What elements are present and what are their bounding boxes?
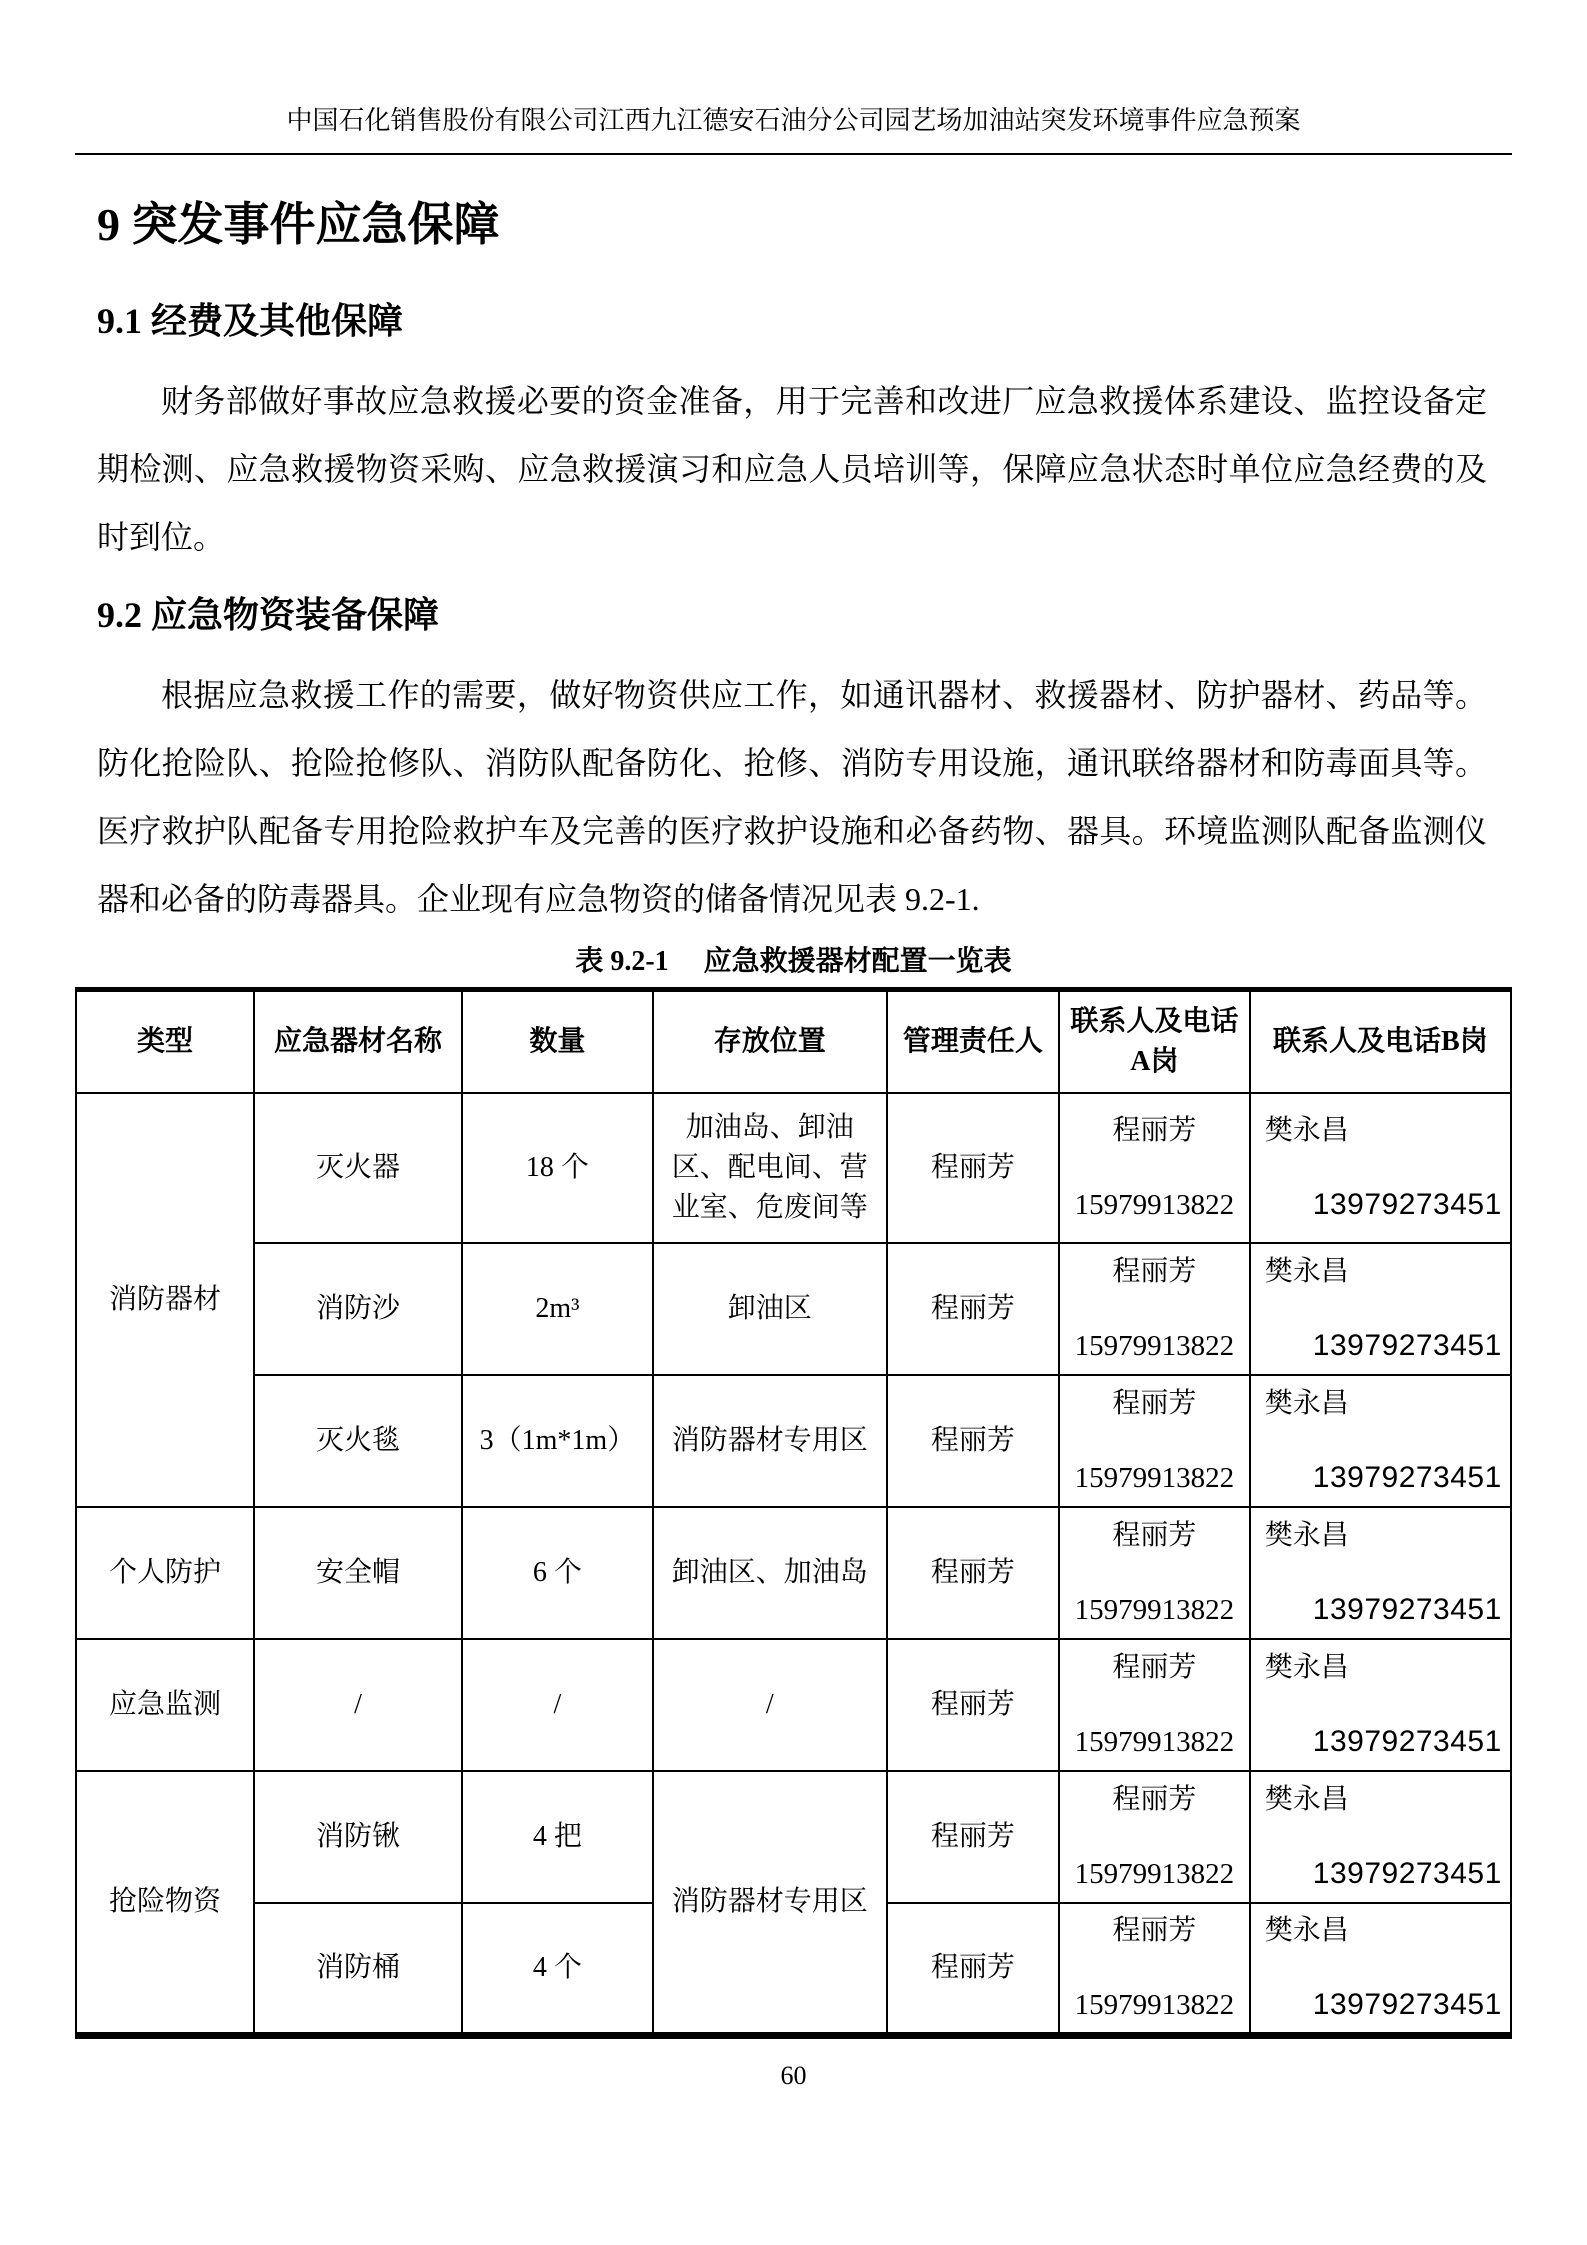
cell-name: 消防沙 bbox=[254, 1243, 462, 1375]
cell-contact-b: 樊永昌 13979273451 bbox=[1250, 1903, 1511, 2035]
cell-location: 消防器材专用区 bbox=[653, 1375, 887, 1507]
contact-b-phone: 13979273451 bbox=[1313, 1722, 1502, 1762]
contact-b-name: 樊永昌 bbox=[1265, 1111, 1349, 1151]
cell-name: 安全帽 bbox=[254, 1507, 462, 1639]
paragraph-9-2: 根据应急救援工作的需要，做好物资供应工作，如通讯器材、救援器材、防护器材、药品等… bbox=[97, 661, 1487, 933]
cell-manager: 程丽芳 bbox=[887, 1771, 1059, 1903]
table-row: 灭火毯 3（1m*1m） 消防器材专用区 程丽芳 程丽芳 15979913822… bbox=[76, 1375, 1511, 1507]
col-header-contact-b: 联系人及电话B岗 bbox=[1250, 990, 1511, 1094]
col-header-type: 类型 bbox=[76, 990, 254, 1094]
col-header-location: 存放位置 bbox=[653, 990, 887, 1094]
contact-a-phone: 15979913822 bbox=[1075, 1458, 1235, 1498]
cell-manager: 程丽芳 bbox=[887, 1507, 1059, 1639]
contact-b-name: 樊永昌 bbox=[1265, 1911, 1349, 1951]
chapter-title: 9 突发事件应急保障 bbox=[97, 195, 1512, 255]
page-header-title: 中国石化销售股份有限公司江西九江德安石油分公司园艺场加油站突发环境事件应急预案 bbox=[75, 104, 1512, 138]
col-header-name: 应急器材名称 bbox=[254, 990, 462, 1094]
contact-a-phone: 15979913822 bbox=[1075, 1590, 1235, 1630]
cell-type: 应急监测 bbox=[76, 1639, 254, 1771]
col-header-qty: 数量 bbox=[462, 990, 653, 1094]
cell-manager: 程丽芳 bbox=[887, 1375, 1059, 1507]
cell-qty: 6 个 bbox=[462, 1507, 653, 1639]
table-row: 应急监测 / / / 程丽芳 程丽芳 15979913822 樊永昌 13979… bbox=[76, 1639, 1511, 1771]
header-divider bbox=[75, 153, 1512, 155]
cell-contact-a: 程丽芳 15979913822 bbox=[1059, 1903, 1250, 2035]
contact-b-name: 樊永昌 bbox=[1265, 1516, 1349, 1556]
table-row: 消防器材 灭火器 18 个 加油岛、卸油区、配电间、营业室、危废间等 程丽芳 程… bbox=[76, 1093, 1511, 1243]
section-title-9-1: 9.1 经费及其他保障 bbox=[97, 297, 1512, 345]
contact-a-phone: 15979913822 bbox=[1075, 1326, 1235, 1366]
contact-b-phone: 13979273451 bbox=[1313, 1326, 1502, 1366]
table-caption: 表 9.2-1 应急救援器材配置一览表 bbox=[75, 943, 1512, 981]
cell-contact-b: 樊永昌 13979273451 bbox=[1250, 1375, 1511, 1507]
page-number: 60 bbox=[75, 2061, 1512, 2091]
section-title-9-2: 9.2 应急物资装备保障 bbox=[97, 591, 1512, 639]
contact-b-phone: 13979273451 bbox=[1313, 1590, 1502, 1630]
cell-type: 消防器材 bbox=[76, 1093, 254, 1507]
cell-contact-a: 程丽芳 15979913822 bbox=[1059, 1639, 1250, 1771]
paragraph-9-1: 财务部做好事故应急救援必要的资金准备，用于完善和改进厂应急救援体系建设、监控设备… bbox=[97, 367, 1487, 571]
contact-a-name: 程丽芳 bbox=[1112, 1384, 1196, 1424]
cell-contact-a: 程丽芳 15979913822 bbox=[1059, 1243, 1250, 1375]
cell-qty: 2m³ bbox=[462, 1243, 653, 1375]
contact-a-name: 程丽芳 bbox=[1112, 1648, 1196, 1688]
cell-name: 灭火器 bbox=[254, 1093, 462, 1243]
contact-b-phone: 13979273451 bbox=[1313, 1854, 1502, 1894]
contact-a-name: 程丽芳 bbox=[1112, 1111, 1196, 1151]
cell-contact-b: 樊永昌 13979273451 bbox=[1250, 1243, 1511, 1375]
contact-b-phone: 13979273451 bbox=[1313, 1985, 1502, 2025]
cell-qty: 18 个 bbox=[462, 1093, 653, 1243]
cell-location: 消防器材专用区 bbox=[653, 1771, 887, 2035]
cell-location: 卸油区 bbox=[653, 1243, 887, 1375]
cell-qty: / bbox=[462, 1639, 653, 1771]
contact-a-phone: 15979913822 bbox=[1075, 1722, 1235, 1762]
contact-a-phone: 15979913822 bbox=[1075, 1185, 1235, 1225]
cell-contact-b: 樊永昌 13979273451 bbox=[1250, 1507, 1511, 1639]
cell-name: / bbox=[254, 1639, 462, 1771]
cell-contact-a: 程丽芳 15979913822 bbox=[1059, 1771, 1250, 1903]
contact-a-phone: 15979913822 bbox=[1075, 1985, 1235, 2025]
cell-contact-b: 樊永昌 13979273451 bbox=[1250, 1771, 1511, 1903]
cell-contact-b: 樊永昌 13979273451 bbox=[1250, 1093, 1511, 1243]
equipment-table: 类型 应急器材名称 数量 存放位置 管理责任人 联系人及电话A岗 联系人及电话B… bbox=[75, 987, 1512, 2039]
cell-contact-a: 程丽芳 15979913822 bbox=[1059, 1375, 1250, 1507]
cell-location: / bbox=[653, 1639, 887, 1771]
contact-a-name: 程丽芳 bbox=[1112, 1516, 1196, 1556]
cell-contact-b: 樊永昌 13979273451 bbox=[1250, 1639, 1511, 1771]
contact-b-phone: 13979273451 bbox=[1313, 1185, 1502, 1225]
cell-contact-a: 程丽芳 15979913822 bbox=[1059, 1093, 1250, 1243]
table-header-row: 类型 应急器材名称 数量 存放位置 管理责任人 联系人及电话A岗 联系人及电话B… bbox=[76, 990, 1511, 1094]
contact-b-name: 樊永昌 bbox=[1265, 1252, 1349, 1292]
cell-qty: 4 个 bbox=[462, 1903, 653, 2035]
cell-contact-a: 程丽芳 15979913822 bbox=[1059, 1507, 1250, 1639]
cell-manager: 程丽芳 bbox=[887, 1093, 1059, 1243]
contact-a-name: 程丽芳 bbox=[1112, 1780, 1196, 1820]
cell-type: 抢险物资 bbox=[76, 1771, 254, 2035]
contact-b-name: 樊永昌 bbox=[1265, 1780, 1349, 1820]
contact-b-name: 樊永昌 bbox=[1265, 1384, 1349, 1424]
contact-a-name: 程丽芳 bbox=[1112, 1911, 1196, 1951]
cell-location: 卸油区、加油岛 bbox=[653, 1507, 887, 1639]
table-row: 消防沙 2m³ 卸油区 程丽芳 程丽芳 15979913822 樊永昌 1397… bbox=[76, 1243, 1511, 1375]
cell-qty: 3（1m*1m） bbox=[462, 1375, 653, 1507]
cell-name: 消防桶 bbox=[254, 1903, 462, 2035]
cell-name: 消防锹 bbox=[254, 1771, 462, 1903]
col-header-manager: 管理责任人 bbox=[887, 990, 1059, 1094]
cell-manager: 程丽芳 bbox=[887, 1243, 1059, 1375]
contact-b-name: 樊永昌 bbox=[1265, 1648, 1349, 1688]
col-header-contact-a: 联系人及电话A岗 bbox=[1059, 990, 1250, 1094]
cell-location: 加油岛、卸油区、配电间、营业室、危废间等 bbox=[653, 1093, 887, 1243]
cell-manager: 程丽芳 bbox=[887, 1639, 1059, 1771]
cell-qty: 4 把 bbox=[462, 1771, 653, 1903]
cell-type: 个人防护 bbox=[76, 1507, 254, 1639]
table-row: 抢险物资 消防锹 4 把 消防器材专用区 程丽芳 程丽芳 15979913822… bbox=[76, 1771, 1511, 1903]
cell-name: 灭火毯 bbox=[254, 1375, 462, 1507]
document-page: 中国石化销售股份有限公司江西九江德安石油分公司园艺场加油站突发环境事件应急预案 … bbox=[0, 0, 1587, 2245]
table-row: 个人防护 安全帽 6 个 卸油区、加油岛 程丽芳 程丽芳 15979913822… bbox=[76, 1507, 1511, 1639]
contact-a-name: 程丽芳 bbox=[1112, 1252, 1196, 1292]
cell-manager: 程丽芳 bbox=[887, 1903, 1059, 2035]
contact-a-phone: 15979913822 bbox=[1075, 1854, 1235, 1894]
contact-b-phone: 13979273451 bbox=[1313, 1458, 1502, 1498]
